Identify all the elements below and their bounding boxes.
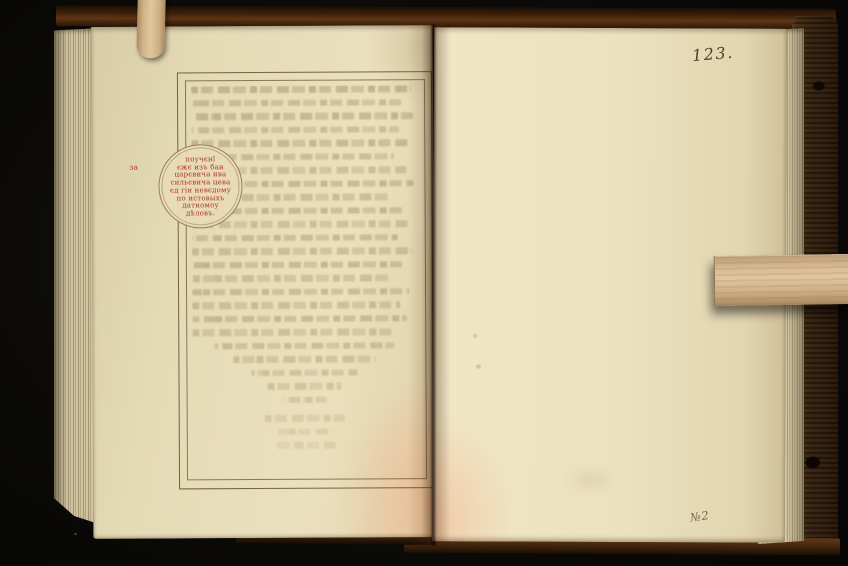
bleed-line [252, 369, 357, 376]
left-page: поучєнїєжє изъ баицарєвича ивасильєвича … [91, 25, 436, 539]
bleed-line [215, 342, 394, 349]
bleed-line [192, 234, 398, 242]
bleed-through-text [191, 85, 417, 478]
red-ink-medallion: поучєнїєжє изъ баицарєвича ивасильєвича … [158, 144, 242, 228]
bleed-line [273, 442, 336, 449]
bleed-line [192, 301, 400, 309]
bleed-line [278, 428, 332, 435]
wooden-bookmark-stick [136, 0, 165, 58]
bleed-line [282, 396, 327, 403]
margin-note: за [129, 163, 138, 172]
folio-number: 123. [691, 43, 734, 65]
quire-mark: №2 [689, 508, 710, 525]
dust-speck [74, 533, 77, 535]
bleed-line [234, 355, 375, 362]
bleed-line [192, 247, 412, 255]
medallion-text: поучєнїєжє изъ баицарєвича ивасильєвича … [159, 145, 241, 227]
bleed-line [192, 315, 407, 323]
bleed-line [192, 288, 409, 296]
bleed-line [268, 383, 342, 390]
bleed-line [192, 274, 391, 282]
bleed-line [191, 99, 404, 107]
bleed-line [264, 415, 345, 422]
bleed-line [191, 112, 413, 120]
bleed-line [191, 126, 399, 134]
medallion-text-line: дѣловъ. [160, 210, 242, 218]
photo-scene: поучєнїєжє изъ баицарєвича ивасильєвича … [0, 0, 848, 566]
wooden-ruler-stick [714, 254, 848, 306]
bleed-line [192, 328, 396, 336]
bleed-line [192, 261, 405, 269]
bleed-line [191, 85, 411, 93]
